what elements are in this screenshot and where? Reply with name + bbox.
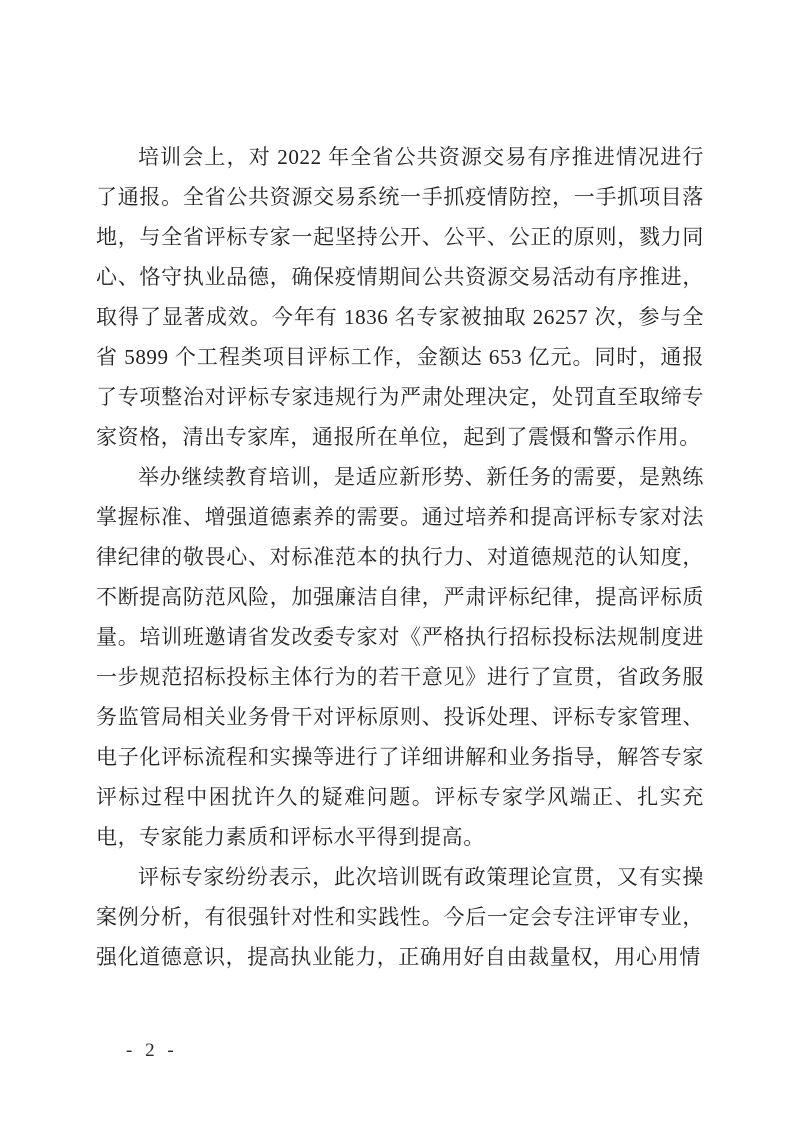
paragraph-1: 培训会上，对 2022 年全省公共资源交易有序推进情况进行了通报。全省公共资源交… <box>96 137 704 457</box>
paragraph-2: 举办继续教育培训，是适应新形势、新任务的需要，是熟练掌握标准、增强道德素养的需要… <box>96 457 704 857</box>
paragraph-3: 评标专家纷纷表示，此次培训既有政策理论宣贯，又有实操案例分析，有很强针对性和实践… <box>96 857 704 977</box>
page-number: - 2 - <box>126 1039 178 1063</box>
document-page: 培训会上，对 2022 年全省公共资源交易有序推进情况进行了通报。全省公共资源交… <box>0 0 793 1122</box>
document-text-block: 培训会上，对 2022 年全省公共资源交易有序推进情况进行了通报。全省公共资源交… <box>96 137 704 977</box>
